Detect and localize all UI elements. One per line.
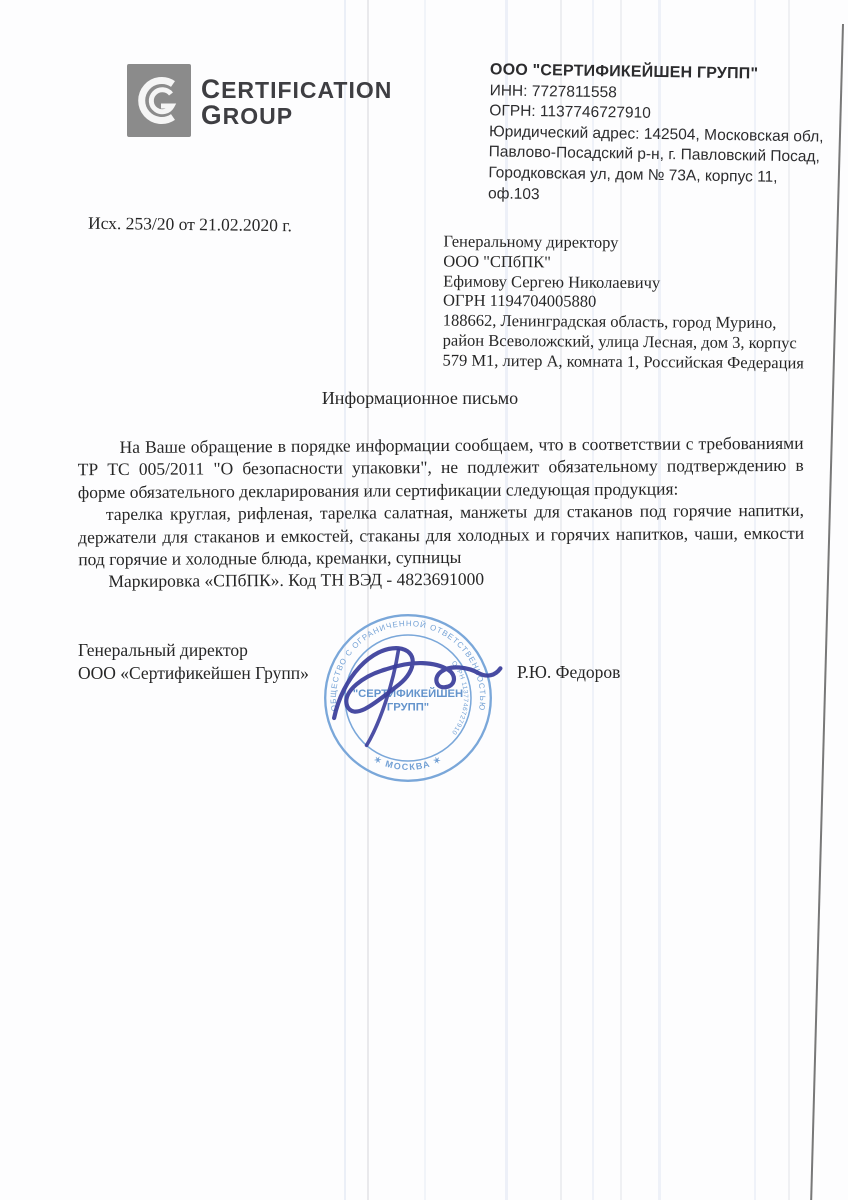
scanned-letter-page: CERTIFICATION GROUP ООО "СЕРТИФИКЕЙШЕН Г…	[0, 0, 848, 1200]
sender-address-line3: Городковская ул, дом № 73А, корпус 11, о…	[488, 163, 834, 210]
cg-monogram-icon	[127, 64, 191, 137]
logo-line1: CERTIFICATION	[201, 77, 392, 103]
recipient-line: Генеральному директору	[443, 232, 815, 255]
document-title: Информационное письмо	[0, 388, 840, 409]
recipient-line: 579 М1, литер А, комната 1, Российская Ф…	[442, 350, 814, 373]
signatory-position-line2: ООО «Сертификейшен Групп»	[78, 662, 309, 685]
outgoing-ref-line: Исх. 253/20 от 21.02.2020 г.	[88, 213, 292, 236]
sender-details: ООО "СЕРТИФИКЕЙШЕН ГРУПП" ИНН: 772781155…	[488, 60, 835, 210]
recipient-block: Генеральному директору ООО "СПбПК" Ефимо…	[442, 232, 815, 373]
signatory-position: Генеральный директор ООО «Сертификейшен …	[78, 639, 309, 684]
recipient-line: ООО "СПбПК"	[443, 251, 815, 274]
handwritten-signature	[311, 617, 539, 764]
letter-body: На Ваше обращение в порядке информации с…	[78, 432, 805, 593]
body-paragraph-1: На Ваше обращение в порядке информации с…	[78, 432, 804, 504]
body-paragraph-2: тарелка круглая, рифленая, тарелка салат…	[78, 499, 804, 571]
body-paragraph-3: Маркировка «СПбПК». Код ТН ВЭД - 4823691…	[78, 566, 804, 593]
logo-line2: GROUP	[201, 103, 392, 129]
signatory-position-line1: Генеральный директор	[78, 639, 309, 662]
certification-group-wordmark: CERTIFICATION GROUP	[201, 77, 392, 129]
recipient-line: район Всеволожский, улица Лесная, дом 3,…	[443, 331, 815, 354]
